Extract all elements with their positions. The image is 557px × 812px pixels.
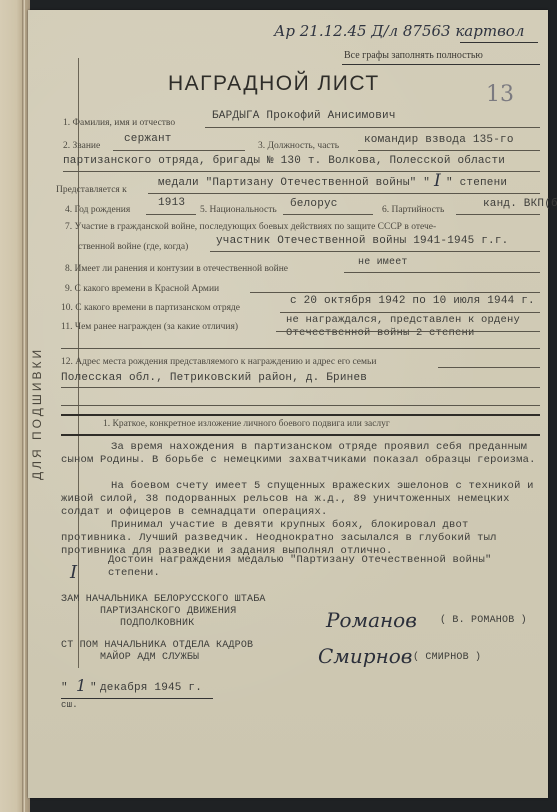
- narrative-paragraph-2: На боевом счету имеет 5 спущенных вражес…: [61, 480, 539, 519]
- section-heading: 1. Краткое, конкретное изложение личного…: [103, 419, 390, 429]
- section-divider-bottom: [61, 434, 540, 436]
- field-wounds-line: [344, 272, 540, 273]
- handwritten-reference: Ар 21.12.45 Д/л 87563 картвол: [274, 22, 524, 40]
- field-position-line-2: [63, 171, 540, 172]
- narrative-paragraph-1: За время нахождения в партизанском отряд…: [61, 441, 539, 467]
- date-quote-open: ": [61, 682, 68, 694]
- conclusion-line-2: степени.: [108, 567, 160, 580]
- page-number-mark: 13: [486, 82, 514, 107]
- field-name-value: БАРДЫГА Прокофий Анисимович: [212, 110, 396, 122]
- field-nationality-label: 5. Национальность: [200, 205, 277, 215]
- date-month-year: декабря 1945 г.: [100, 682, 202, 694]
- field-nationality-line: [283, 214, 373, 215]
- field-position-line-1: [358, 150, 540, 151]
- field-war-participation-label-1: 7. Участие в гражданской войне, последую…: [65, 222, 436, 232]
- field-partisan-since-value: с 20 октября 1942 по 10 июля 1944 г.: [290, 295, 535, 307]
- field-red-army-label: 9. С какого времени в Красной Армии: [65, 284, 219, 294]
- field-address-line-0: [438, 367, 540, 368]
- date-rest-prefix: ": [90, 682, 97, 694]
- section-divider-top: [61, 414, 540, 416]
- field-previous-awards-label: 11. Чем ранее награжден (за какие отличи…: [61, 322, 238, 332]
- signatory-1-title-2: ПАРТИЗАНСКОГО ДВИЖЕНИЯ: [100, 606, 236, 617]
- nominated-award-value: медали "Партизану Отечественной войны" ": [158, 177, 430, 189]
- conclusion-degree: I: [70, 562, 77, 583]
- nominated-degree: I: [434, 171, 441, 191]
- signatory-1-name: ( В. РОМАНОВ ): [440, 615, 527, 626]
- field-position-value-2: партизанского отряда, бригады № 130 т. В…: [63, 155, 505, 167]
- field-party-label: 6. Партийность: [382, 205, 444, 215]
- signatory-2-signature: Смирнов: [318, 644, 412, 668]
- field-birth-year-value: 1913: [158, 197, 185, 209]
- signatory-1-title-3: ПОДПОЛКОВНИК: [120, 618, 194, 629]
- field-partisan-since-line: [280, 312, 540, 313]
- field-position-value-1: командир взвода 135-го: [364, 134, 514, 146]
- field-name-label: 1. Фамилия, имя и отчество: [63, 118, 175, 128]
- field-wounds-label: 8. Имеет ли ранения и контузии в отечест…: [65, 264, 288, 274]
- field-party-line: [456, 214, 540, 215]
- field-previous-awards-value-2: Отечественной войны 2 степени: [286, 327, 475, 339]
- date-day: 1: [76, 676, 86, 695]
- field-party-value: канд. ВКП(б): [483, 198, 557, 210]
- field-red-army-line: [250, 292, 540, 293]
- field-previous-awards-line-2: [61, 348, 540, 349]
- field-war-participation-line: [210, 251, 540, 252]
- binding-spine: [0, 0, 30, 812]
- nominated-label: Представляется к: [56, 185, 127, 195]
- conclusion-line-1: Достоин награждения медалью "Партизану О…: [108, 554, 492, 567]
- field-position-label: 3. Должность, часть: [258, 141, 339, 151]
- field-war-participation-value: участник Отечественной войны 1941-1945 г…: [216, 235, 508, 247]
- signatory-1-signature: Романов: [326, 608, 417, 632]
- typist-mark: сш.: [61, 700, 78, 710]
- nominated-degree-suffix: " степени: [446, 177, 507, 189]
- narrative-paragraph-3: Принимал участие в девяти крупных боях, …: [61, 519, 539, 558]
- field-wounds-value: не имеет: [358, 257, 408, 268]
- field-previous-awards-value-1: не награждался, представлен к ордену: [286, 314, 520, 326]
- field-previous-awards-line-1: [276, 331, 540, 332]
- field-name-line: [205, 127, 540, 128]
- signatory-2-name: ( СМИРНОВ ): [413, 652, 481, 663]
- field-birth-year-line: [146, 214, 196, 215]
- field-address-label: 12. Адрес места рождения представляемого…: [61, 357, 376, 367]
- field-address-line-2: [61, 405, 540, 406]
- field-rank-value: сержант: [124, 133, 172, 145]
- award-sheet-page: ДЛЯ ПОДШИВКИ Ар 21.12.45 Д/л 87563 картв…: [28, 10, 548, 798]
- binding-margin-label: ДЛЯ ПОДШИВКИ: [30, 347, 44, 480]
- nominated-line: [148, 193, 540, 194]
- field-war-participation-label-2: ственной войне (где, когда): [78, 242, 188, 252]
- field-nationality-value: белорус: [290, 198, 338, 210]
- signatory-2-title-2: МАЙОР АДМ СЛУЖБЫ: [100, 652, 199, 663]
- signatory-2-title-1: СТ ПОМ НАЧАЛЬНИКА ОТДЕЛА КАДРОВ: [61, 640, 253, 651]
- field-address-value: Полесская обл., Петриковский район, д. Б…: [61, 372, 367, 384]
- instruction-underline: [342, 64, 540, 65]
- instruction-text: Все графы заполнять полностью: [344, 50, 483, 61]
- field-rank-line: [113, 150, 245, 151]
- field-address-line-1: [61, 387, 540, 388]
- field-rank-label: 2. Звание: [63, 141, 100, 151]
- field-partisan-since-label: 10. С какого времени в партизанском отря…: [61, 303, 240, 313]
- page-edge: [22, 0, 25, 812]
- date-underline: [61, 698, 213, 699]
- ref-underline: [460, 42, 538, 43]
- field-birth-year-label: 4. Год рождения: [65, 205, 130, 215]
- signatory-1-title-1: ЗАМ НАЧАЛЬНИКА БЕЛОРУССКОГО ШТАБА: [61, 594, 266, 605]
- document-title: НАГРАДНОЙ ЛИСТ: [168, 72, 380, 96]
